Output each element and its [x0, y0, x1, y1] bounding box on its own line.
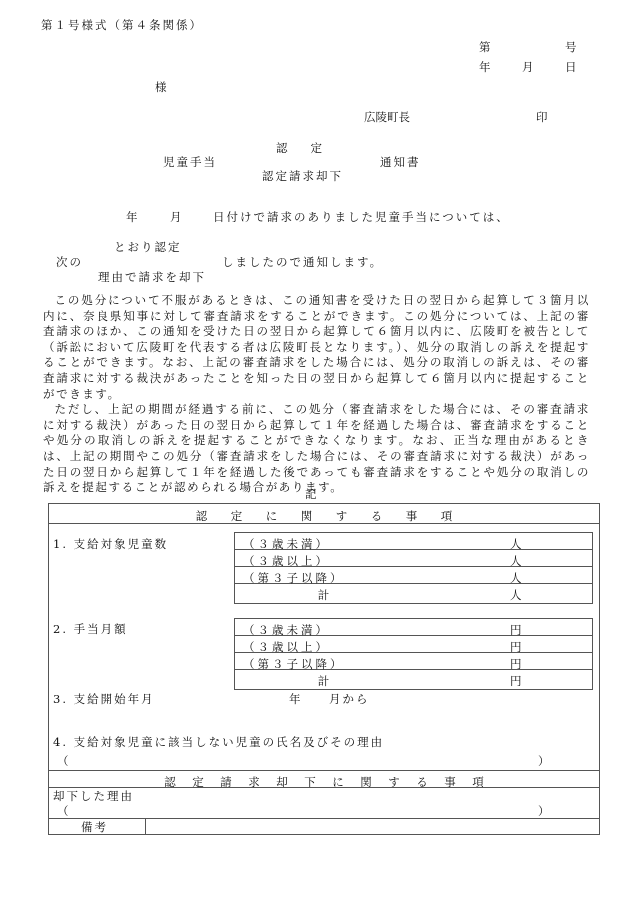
child-count-row-over3[interactable]: （３歳以上） 人 [235, 550, 592, 567]
rejection-reason-label: 却下した理由 [53, 791, 134, 803]
approval-section-header: 認 定 に 関 す る 事 項 [49, 508, 599, 524]
date-year: 年 [479, 62, 491, 74]
date-day: 日 [565, 62, 577, 74]
title-option-approve: 認 定 [276, 143, 322, 155]
remarks-label: 備考 [81, 822, 108, 834]
intro-option-approve: とおり認定 [114, 242, 182, 254]
doc-number-suffix: 号 [565, 42, 577, 54]
item3-year[interactable]: 年 [289, 694, 301, 706]
title-suffix: 通知書 [380, 157, 421, 169]
rejection-open-paren: （ [57, 806, 69, 818]
child-count-row-third-child[interactable]: （第３子以降） 人 [235, 567, 592, 584]
doc-number-prefix: 第 [479, 42, 491, 54]
child-count-row-total[interactable]: 計 人 [235, 584, 592, 605]
amount-row-third-child[interactable]: （第３子以降） 円 [235, 653, 592, 670]
child-count-row-under3[interactable]: （３歳未満） 人 [235, 533, 592, 550]
ki-heading: 記 [305, 489, 317, 501]
monthly-amount-table: （３歳未満） 円 （３歳以上） 円 （第３子以降） 円 計 円 [234, 618, 593, 690]
appeal-notice: この処分について不服があるときは、この通知書を受けた日の翌日から起算して３箇月以… [43, 293, 590, 496]
item4-open-paren: （ [57, 756, 69, 768]
intro-year: 年 [126, 212, 138, 224]
issuer-name: 広陵町長 [364, 112, 410, 124]
intro-text: 日付けで請求のありました児童手当については、 [213, 212, 510, 224]
amount-row-under3[interactable]: （３歳未満） 円 [235, 619, 592, 636]
item4-label: 4. 支給対象児童に該当しない児童の氏名及びその理由 [53, 737, 384, 749]
item2-label: 2. 手当月額 [53, 624, 128, 636]
rejection-close-paren: ） [538, 806, 550, 818]
addressee-suffix: 様 [155, 82, 167, 94]
date-month: 月 [522, 62, 534, 74]
seal-mark: 印 [536, 112, 548, 124]
child-count-table: （３歳未満） 人 （３歳以上） 人 （第３子以降） 人 計 人 [234, 532, 593, 604]
appeal-paragraph-2: ただし、上記の期間が経過する前に、この処分（審査請求をした場合には、その審査請求… [43, 402, 590, 496]
divider [145, 818, 146, 834]
item4-close-paren: ） [538, 756, 550, 768]
item1-label: 1. 支給対象児童数 [53, 539, 168, 551]
divider [49, 523, 599, 524]
item3-label: 3. 支給開始年月 [53, 694, 155, 706]
intro-closing: しましたので通知します。 [222, 257, 383, 269]
intro-month: 月 [170, 212, 182, 224]
details-table: 認 定 に 関 す る 事 項 1. 支給対象児童数 （３歳未満） 人 （３歳以… [48, 503, 600, 835]
amount-row-over3[interactable]: （３歳以上） 円 [235, 636, 592, 653]
appeal-paragraph-1: この処分について不服があるときは、この通知書を受けた日の翌日から起算して３箇月以… [43, 293, 590, 402]
amount-row-total[interactable]: 計 円 [235, 670, 592, 691]
item3-month-from[interactable]: 月から [329, 694, 370, 706]
divider [49, 818, 599, 819]
remarks-field[interactable] [149, 820, 594, 834]
title-prefix: 児童手当 [163, 157, 217, 169]
title-option-reject: 認定請求却下 [262, 171, 343, 183]
intro-next: 次の [56, 257, 83, 269]
intro-option-reject: 理由で請求を却下 [98, 272, 206, 284]
divider [49, 787, 599, 788]
form-number: 第１号様式（第４条関係） [41, 20, 203, 32]
divider [49, 770, 599, 771]
